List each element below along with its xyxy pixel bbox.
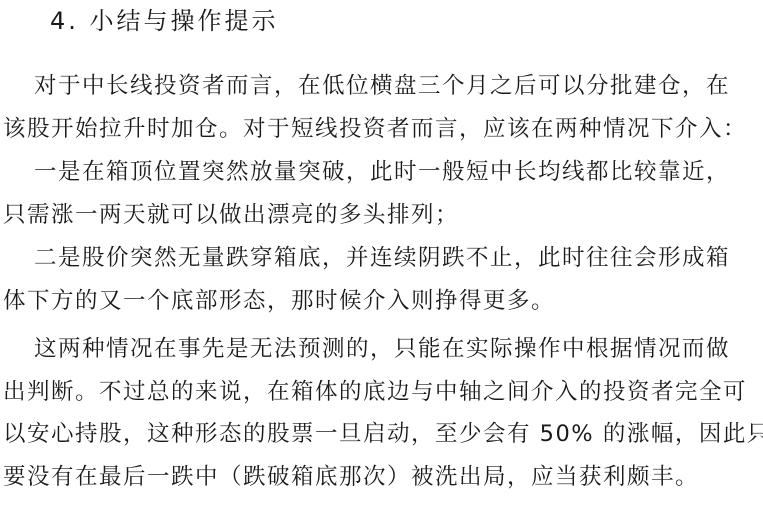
paragraph-line: 以安心持股，这种形态的股票一旦启动，至少会有 50% 的涨幅，因此只: [3, 419, 763, 449]
paragraph-line: 对于中长线投资者而言，在低位横盘三个月之后可以分批建仓，在: [34, 71, 730, 101]
paragraph-line: 二是股价突然无量跌穿箱底，并连续阴跌不止，此时往往会形成箱: [34, 243, 730, 273]
paragraph-line: 要没有在最后一跌中（跌破箱底那次）被洗出局，应当获利颇丰。: [3, 462, 699, 492]
paragraph-line: 一是在箱顶位置突然放量突破，此时一般短中长均线都比较靠近，: [34, 157, 730, 187]
document-page: 4. 小结与操作提示 对于中长线投资者而言，在低位横盘三个月之后可以分批建仓，在…: [0, 0, 763, 515]
paragraph-line: 出判断。不过总的来说，在箱体的底边与中轴之间介入的投资者完全可: [3, 377, 747, 407]
paragraph-line: 体下方的又一个底部形态，那时候介入则挣得更多。: [3, 286, 555, 316]
paragraph-line: 该股开始拉升时加仓。对于短线投资者而言，应该在两种情况下介入：: [3, 114, 747, 144]
paragraph-line: 只需涨一两天就可以做出漂亮的多头排列；: [3, 200, 459, 230]
paragraph-line: 这两种情况在事先是无法预测的，只能在实际操作中根据情况而做: [34, 334, 730, 364]
section-heading: 4. 小结与操作提示: [50, 6, 279, 36]
